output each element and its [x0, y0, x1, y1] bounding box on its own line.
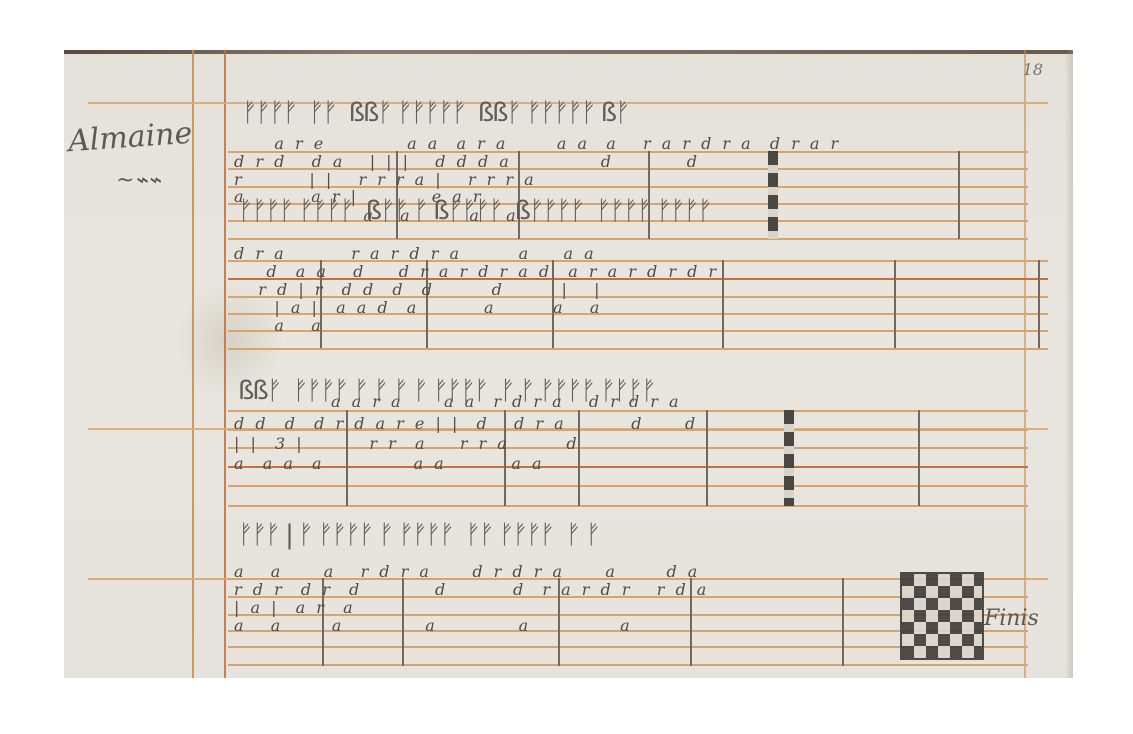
barline	[706, 410, 708, 506]
tab-row-2: r d r d r d d d r a r d r r d a	[234, 582, 709, 598]
tab-row-3: | a | a r a	[234, 600, 356, 616]
tab-row-2: d r d d a | | | d d d a d d	[234, 154, 700, 170]
tab-row-5: a a	[234, 318, 324, 334]
tab-row-4: a a a a a a a a	[234, 456, 545, 472]
staff-line	[228, 330, 1048, 332]
rhythm-flags: ᚠᚠᚠᚠ ᚠᚠ ßßᚠ ᚠᚠᚠᚠᚠ ßßᚠ ᚠᚠᚠᚠᚠ ßᚠ	[242, 100, 629, 126]
page-number: 18	[1023, 60, 1043, 79]
staff-line	[228, 485, 1028, 487]
tab-row-3: r | | r r r a | r r r a	[234, 172, 537, 188]
title-flourish: ~⌁⌁	[116, 168, 161, 193]
margin-rule-inner	[224, 50, 226, 678]
tablature-system-2: ᚠᚠᚠᚠ ᚠᚠᚠᚠ ßᚠᚠ ᚠ ßᚠᚠᚠᚠ ßᚠᚠᚠᚠ ᚠᚠᚠᚠ ᚠᚠᚠᚠ d …	[228, 198, 1048, 350]
staff-line	[228, 505, 1028, 507]
staff-line	[228, 664, 1028, 666]
tab-row-1: a a r a a a r d r a d r d r a	[234, 394, 682, 410]
manuscript-page: Almaine ~⌁⌁ 18 ᚠᚠᚠᚠ ᚠᚠ ßßᚠ ᚠᚠᚠᚠᚠ ßßᚠ ᚠᚠᚠ…	[64, 50, 1073, 678]
barline	[1038, 260, 1040, 348]
tab-row-3: r d | r d d d d d | |	[234, 282, 603, 298]
tab-row-3: | | 3 | r r a r r a d	[234, 436, 580, 452]
tab-row-1: a a a r d r a d r d r a a d a	[234, 564, 700, 580]
barline	[722, 260, 724, 348]
tab-row-1: a r e a a a r a a a a r a r d r a d r a …	[234, 136, 841, 152]
tab-row-2: d a a d d r a r d r a d a r a r d r d r	[234, 264, 719, 280]
finis-text: Finis	[984, 606, 1039, 631]
barline	[918, 410, 920, 506]
final-checkered-ornament	[900, 572, 984, 660]
tablature-system-3: ßßᚠ ᚠᚠᚠᚠ ᚠ ᚠ ᚠ ᚠ ᚠᚠᚠᚠ ᚠ ᚠ ᚠᚠᚠᚠ ᚠᚠᚠᚠ a a …	[228, 350, 1028, 516]
rhythm-flags: ᚠᚠᚠᚠ ᚠᚠᚠᚠ ßᚠᚠ ᚠ ßᚠᚠᚠᚠ ßᚠᚠᚠᚠ ᚠᚠᚠᚠ ᚠᚠᚠᚠ	[238, 198, 711, 224]
barline	[842, 578, 844, 666]
double-bar-repeat	[784, 410, 794, 506]
tab-row-4: a a a a a a	[234, 618, 633, 634]
page-right-edge	[1065, 50, 1073, 678]
page-top-edge	[64, 50, 1073, 54]
tab-row-4: | a | a a d a a a a	[234, 300, 602, 316]
barline	[894, 260, 896, 348]
tab-row-1: d r a r a r d r a a a a	[234, 246, 597, 262]
rhythm-flags: ᚠᚠᚠ | ᚠ ᚠᚠᚠᚠ ᚠ ᚠᚠᚠᚠ ᚠᚠ ᚠᚠᚠᚠ ᚠ ᚠ	[238, 522, 599, 548]
tab-row-2: d d d d r d a r e | | d d r a d d	[234, 416, 698, 432]
piece-title: Almaine	[67, 116, 193, 160]
